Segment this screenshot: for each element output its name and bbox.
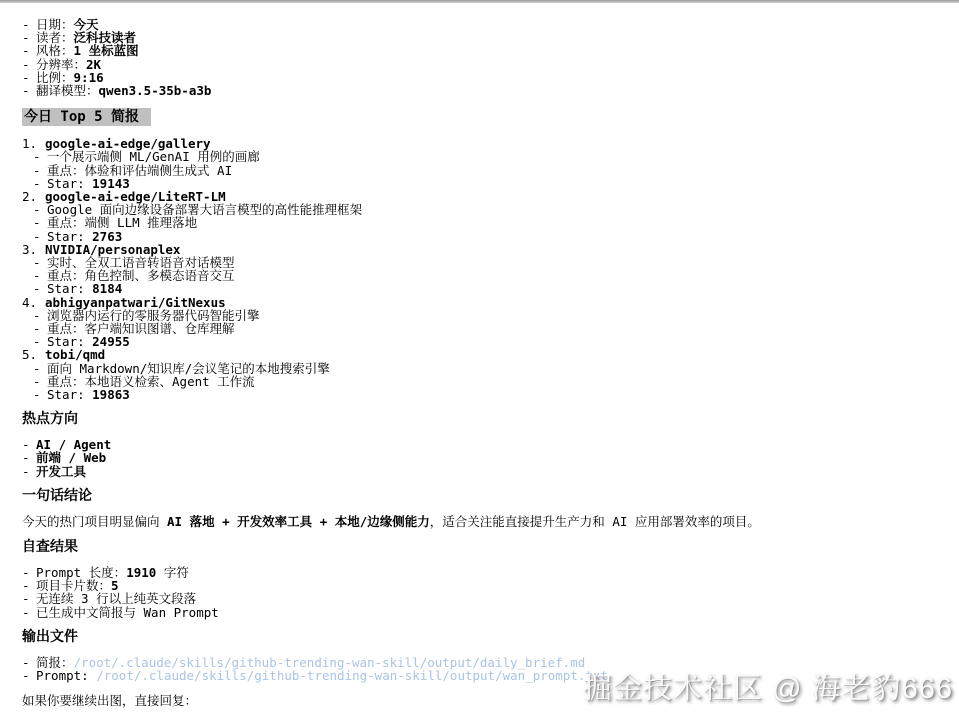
selfcheck-item: -Prompt 长度：1910 字符 (22, 566, 949, 579)
selfcheck-item: -已生成中文简报与 Wan Prompt (22, 606, 949, 619)
conclusion-pre: 今天的热门项目明显偏向 (22, 514, 167, 529)
conclusion-paragraph: 今天的热门项目明显偏向 AI 落地 + 开发效率工具 + 本地/边缘侧能力，适合… (22, 515, 949, 529)
conclusion-bold: AI 落地 + 开发效率工具 + 本地/边缘侧能力 (167, 514, 430, 529)
repo-focus-line: -重点：本地语义检索、Agent 工作流 (22, 375, 949, 388)
selfcheck-heading: 自查结果 (22, 540, 949, 555)
community-watermark: 掘金技术社区 @ 海老豹666 (583, 666, 953, 707)
daily-brief-document: -日期：今天 -读者：泛科技读者 -风格：1 坐标蓝图 -分辨率：2K -比例：… (0, 3, 959, 708)
bullet-dash: - (33, 216, 47, 229)
bullet-dash: - (22, 44, 36, 57)
repo-item: 1.google-ai-edge/gallery -一个展示端侧 ML/GenA… (22, 137, 949, 190)
top5-heading: 今日 Top 5 简报 (22, 110, 949, 125)
selfcheck-pre: 已生成中文简报与 Wan Prompt (36, 605, 219, 620)
bullet-dash: - (33, 150, 47, 163)
hotspots-list: -AI / Agent -前端 / Web -开发工具 (22, 438, 949, 478)
repo-star-line: -Star: 19863 (22, 388, 949, 401)
conclusion-heading: 一句话结论 (22, 489, 949, 504)
hotspot-item: -AI / Agent (22, 438, 949, 451)
repo-star-line: -Star: 24955 (22, 335, 949, 348)
meta-item-reader: -读者：泛科技读者 (22, 31, 949, 44)
bullet-dash: - (33, 362, 47, 375)
meta-value: qwen3.5-35b-a3b (99, 83, 212, 98)
repo-item: 3.NVIDIA/personaplex -实时、全双工语音转语音对话模型 -重… (22, 243, 949, 296)
hotspot-label: 开发工具 (36, 464, 86, 479)
hotspot-item: -开发工具 (22, 465, 949, 478)
bullet-dash: - (22, 58, 36, 71)
repo-item: 4.abhigyanpatwari/GitNexus -浏览器内运行的零服务器代… (22, 296, 949, 349)
repo-focus-line: -重点：角色控制、多模态语音交互 (22, 269, 949, 282)
bullet-dash: - (22, 656, 36, 669)
item-number: 4. (22, 296, 45, 309)
bullet-dash: - (22, 451, 36, 464)
bullet-dash: - (22, 84, 36, 97)
bullet-dash: - (33, 388, 47, 401)
top5-heading-highlight: 今日 Top 5 简报 (22, 108, 151, 126)
star-label: Star: (47, 387, 92, 402)
conclusion-post: ，适合关注能直接提升生产力和 AI 应用部署效率的项目。 (430, 514, 760, 529)
bullet-dash: - (22, 606, 36, 619)
repo-focus-line: -重点：端侧 LLM 推理落地 (22, 216, 949, 229)
meta-item-style: -风格：1 坐标蓝图 (22, 44, 949, 57)
repo-focus-line: -重点：客户端知识图谱、仓库理解 (22, 322, 949, 335)
prompt-file-path-link[interactable]: /root/.claude/skills/github-trending-wan… (96, 668, 608, 683)
bullet-dash: - (22, 592, 36, 605)
output-file-label: Prompt: (36, 668, 96, 683)
output-files-heading: 输出文件 (22, 630, 949, 645)
item-number: 5. (22, 348, 45, 361)
meta-label: 翻译模型： (36, 83, 99, 98)
repo-item: 2.google-ai-edge/LiteRT-LM -Google 面向边缘设… (22, 190, 949, 243)
meta-item-model: -翻译模型：qwen3.5-35b-a3b (22, 84, 949, 97)
repo-focus-line: -重点：体验和评估端侧生成式 AI (22, 164, 949, 177)
meta-list: -日期：今天 -读者：泛科技读者 -风格：1 坐标蓝图 -分辨率：2K -比例：… (22, 18, 949, 97)
top5-list: 1.google-ai-edge/gallery -一个展示端侧 ML/GenA… (22, 137, 949, 401)
hotspot-item: -前端 / Web (22, 451, 949, 464)
repo-item: 5.tobi/qmd -面向 Markdown/知识库/会议笔记的本地搜索引擎 … (22, 348, 949, 401)
selfcheck-list: -Prompt 长度：1910 字符 -项目卡片数：5 -无连续 3 行以上纯英… (22, 566, 949, 619)
bullet-dash: - (22, 465, 36, 478)
selfcheck-bold: 1910 (126, 565, 156, 580)
selfcheck-post: 字符 (156, 565, 189, 580)
hotspots-heading: 热点方向 (22, 412, 949, 427)
meta-item-resolution: -分辨率：2K (22, 58, 949, 71)
bullet-dash: - (33, 164, 47, 177)
meta-item-date: -日期：今天 (22, 18, 949, 31)
star-count: 19863 (92, 387, 130, 402)
bullet-dash: - (22, 669, 36, 682)
